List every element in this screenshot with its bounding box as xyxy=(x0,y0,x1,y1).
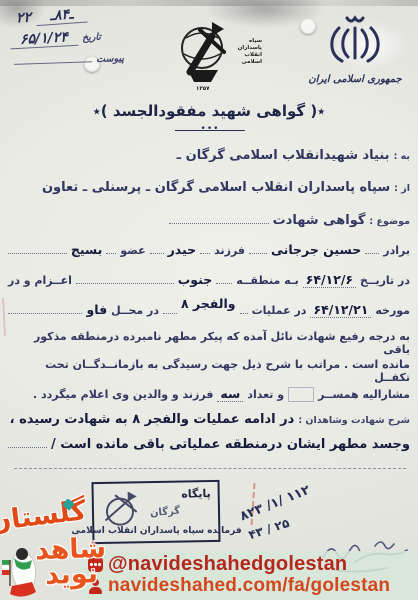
irgc-caption-line: اسلامی xyxy=(228,59,262,66)
dotted-leader xyxy=(249,242,267,254)
irgc-caption-line: انقلاب xyxy=(228,52,262,59)
operation-label: در عملیات xyxy=(252,304,307,317)
iran-emblem-caption: جمهوری اسلامی ایران xyxy=(300,74,410,85)
doc-date-handwritten: تاریخ ۶۵/۱/۲۴ xyxy=(10,28,102,49)
location-label: در محــل xyxy=(111,304,159,317)
date-value: ۶۵/۱/۲۴ xyxy=(10,29,79,50)
allah-emblem-icon xyxy=(320,12,390,70)
irgc-emblem: سپاه پاسداران انقلاب اسلامی ۱۳۵۷ xyxy=(166,12,266,102)
subject-value: گواهی شهادت xyxy=(273,213,366,228)
spouse-label: مشارالیه همســر xyxy=(318,388,410,401)
martyrdom-note-2: وجسد مطهر ایشان درمنطقه عملیاتی باقی مان… xyxy=(51,437,410,452)
dotted-leader xyxy=(169,212,269,224)
iran-emblem: جمهوری اسلامی ایران xyxy=(300,12,410,104)
to-value: بنیاد شهیدانقلاب اسلامی گرگان ـ xyxy=(177,148,390,163)
social-handle-line: @navideshahedgolestan xyxy=(88,553,347,576)
paragraph-text: به درجه رفیع شهادت نائل آمده که پیکر مطه… xyxy=(8,330,410,356)
paragraph-line-2: مانده است . مراتب با شرح ذیل جهت رسیدگی … xyxy=(8,358,410,384)
paragraph-line-1: به درجه رفیع شهادت نائل آمده که پیکر مطه… xyxy=(8,330,410,356)
dotted-leader xyxy=(8,436,47,448)
children-count: سه xyxy=(217,386,243,402)
irgc-caption-line: سپاه xyxy=(228,38,262,45)
from-label: از : xyxy=(394,183,410,194)
witness-row: شرح شهادت وشاهدان : در ادامه عملیات والف… xyxy=(8,412,410,427)
paragraph-text: مانده است . مراتب با شرح ذیل جهت رسیدگی … xyxy=(8,358,410,384)
dispatch-date-row: در تاریــخ ۶۴/۱۲/۶ بـه منطقــه جنوب اعــ… xyxy=(8,272,410,288)
attachment-label: پیوست xyxy=(96,53,124,65)
martyr-name: حسین جرجانی xyxy=(271,242,361,257)
irgc-caption: سپاه پاسداران انقلاب اسلامی xyxy=(228,38,262,66)
website-line: navideshahed.com/fa/golestan xyxy=(88,575,390,597)
count-label: و تعداد xyxy=(247,388,284,401)
date1-label: در تاریــخ xyxy=(360,274,410,287)
subject-label: موضوع : xyxy=(369,216,410,227)
faint-ink-mark xyxy=(2,298,6,336)
certificate-title: ٭( گواهی شهید مفقودالجسد )٭ xyxy=(0,102,418,120)
martyrdom-note-1: در ادامه عملیات والفجر ۸ به شهادت رسیده … xyxy=(10,412,295,427)
from-value: سپاه پاسداران انقلاب اسلامی گرگان ـ پرسن… xyxy=(42,180,390,195)
father-name: حیدر xyxy=(168,242,197,257)
dotted-leader xyxy=(8,302,82,314)
brand-word-bottom: نوید xyxy=(34,562,109,589)
date2-label: مورخه xyxy=(375,304,410,317)
flourish-dots: ••• xyxy=(201,124,220,134)
title-flourish: ••• xyxy=(175,130,245,131)
region-label: بـه منطقــه xyxy=(236,274,299,287)
doc-number-extra: ۲۲ xyxy=(16,9,32,26)
dispatch-text: اعــزام و در xyxy=(8,274,72,287)
brother-row: برادر حسین جرجانی فرزند حیدر عضو بسیج xyxy=(8,242,410,257)
dotted-leader xyxy=(76,272,174,284)
region-value: جنوب xyxy=(178,272,213,287)
irgc-caption-line: پاسداران xyxy=(228,45,262,52)
navid-shahed-logotype: شاهد نوید xyxy=(33,537,109,589)
operation-value: والفجر ۸ xyxy=(181,296,236,311)
handwritten-number-1: ۸۲۳ /۱/ ۱۱۲ xyxy=(238,483,312,525)
website-url: navideshahed.com/fa/golestan xyxy=(108,575,390,597)
dotted-leader xyxy=(150,242,164,254)
doc-attachment-handwritten: پیوست xyxy=(14,50,124,68)
social-handle: @navideshahedgolestan xyxy=(108,553,347,576)
location-value: فاو xyxy=(86,302,107,317)
watermark-banner: @navideshahedgolestan navideshahed.com/f… xyxy=(80,551,418,600)
from-row: از : سپاه پاسداران انقلاب اسلامی گرگان ـ… xyxy=(8,180,410,195)
martyrdom-note-row: وجسد مطهر ایشان درمنطقه عملیاتی باقی مان… xyxy=(8,436,410,452)
dotted-leader xyxy=(216,272,232,284)
date2-value: ۶۴/۱۲/۲۱ xyxy=(310,302,371,318)
irgc-year: ۱۳۵۷ xyxy=(196,86,209,93)
dotted-leader xyxy=(106,242,116,254)
doc-number-value: ـ۸۴ـ xyxy=(35,6,87,27)
attachment-blank xyxy=(14,51,92,65)
dependents-row: مشارالیه همســر و تعداد سه فرزند و والدی… xyxy=(8,386,410,402)
subject-row: موضوع : گواهی شهادت xyxy=(8,212,410,228)
date-label: تاریخ xyxy=(82,32,101,44)
dotted-leader xyxy=(240,302,248,314)
dotted-leader xyxy=(8,242,67,254)
member-label: عضو xyxy=(120,244,145,257)
son-of-label: فرزند xyxy=(214,244,245,257)
spouse-blank-box xyxy=(288,387,314,402)
navid-shahed-mascot xyxy=(0,542,40,600)
children-suffix: فرزند و والدین وی اعلام میگردد . xyxy=(33,388,213,401)
witness-label: شرح شهادت وشاهدان : xyxy=(298,415,410,426)
stamp-base-label: پایگاه xyxy=(181,487,211,501)
membership-value: بسیج xyxy=(71,242,103,257)
brother-label: برادر xyxy=(383,244,410,257)
to-row: به : بنیاد شهیدانقلاب اسلامی گرگان ـ xyxy=(8,148,410,163)
martyrdom-date-row: مورخه ۶۴/۱۲/۲۱ در عملیات والفجر ۸ در محـ… xyxy=(8,302,410,318)
section-divider xyxy=(14,468,406,469)
dotted-leader xyxy=(163,302,177,314)
scanned-martyr-certificate: ۲۲ ـ۸۴ـ تاریخ ۶۵/۱/۲۴ پیوست سپاه پاسدارا… xyxy=(0,0,418,600)
date1-value: ۶۴/۱۲/۶ xyxy=(303,272,356,288)
to-label: به : xyxy=(394,151,410,162)
stamp-city: گرگان xyxy=(149,506,180,520)
dotted-leader xyxy=(365,242,379,254)
dotted-leader xyxy=(200,242,210,254)
